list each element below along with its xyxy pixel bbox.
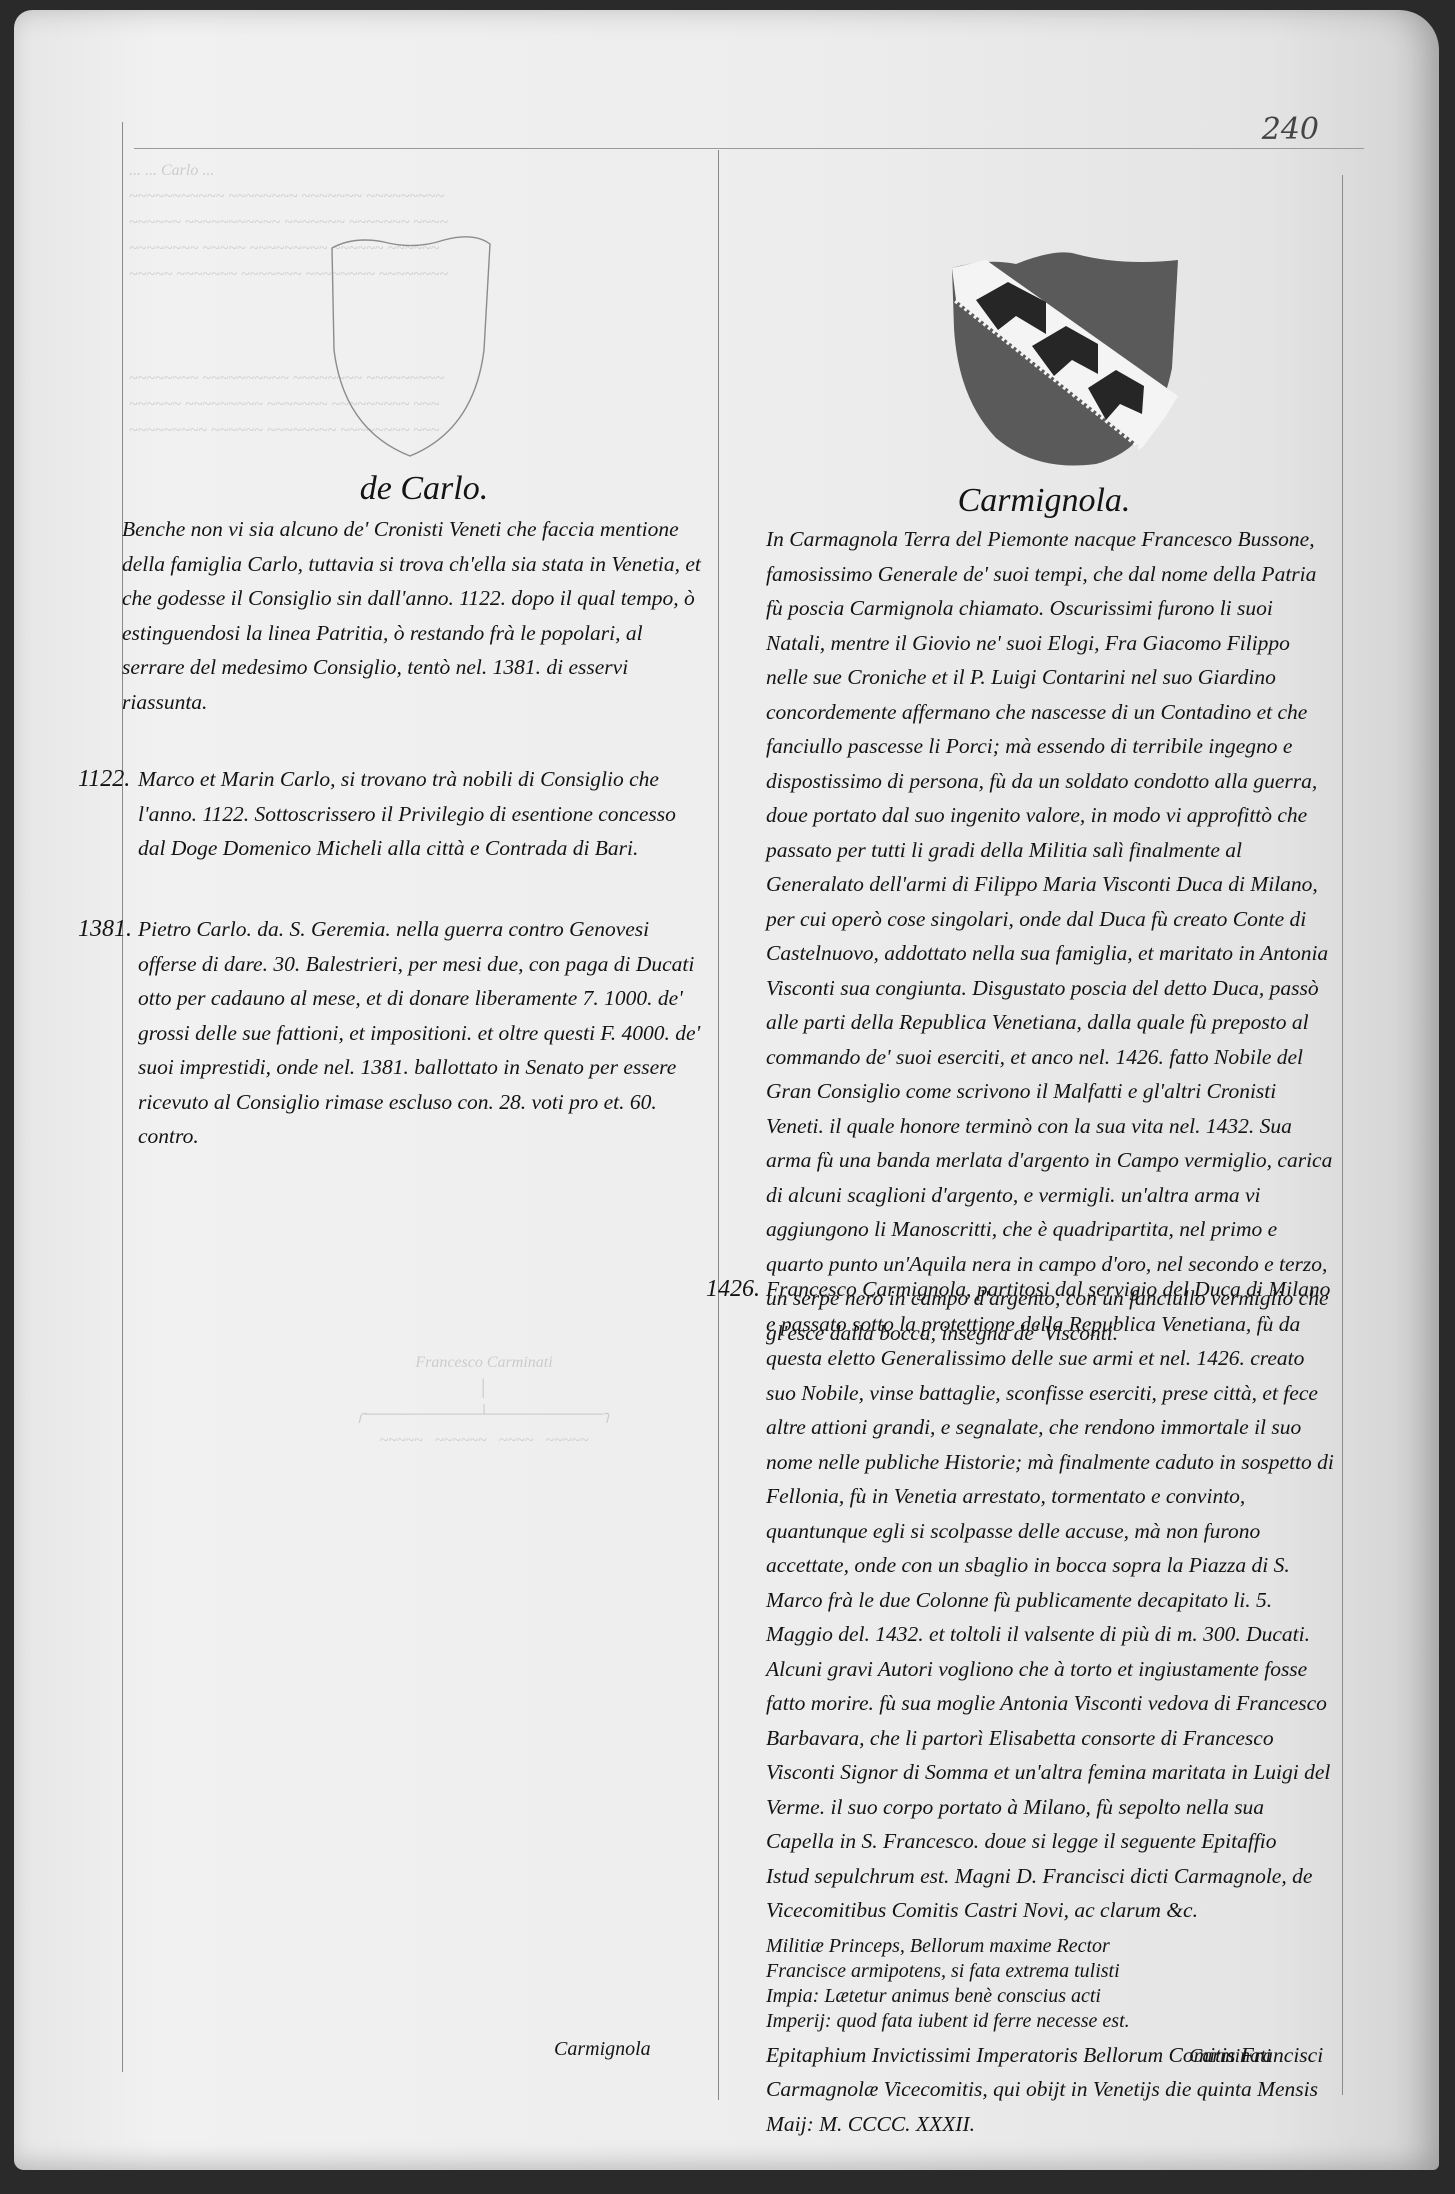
empty-shield-outline-icon bbox=[314, 220, 504, 470]
left-column-intro: Benche non vi sia alcuno de' Cronisti Ve… bbox=[122, 512, 702, 719]
entry-text: Pietro Carlo. da. S. Geremia. nella guer… bbox=[138, 912, 703, 1154]
left-catchword: Carmignola bbox=[554, 2038, 651, 2061]
top-rule bbox=[134, 148, 1364, 149]
verse-line: Francisce armipotens, si fata extrema tu… bbox=[766, 1959, 1336, 1984]
left-entry-1381: 1381. Pietro Carlo. da. S. Geremia. nell… bbox=[78, 912, 703, 1154]
entry-year: 1122. bbox=[78, 762, 130, 797]
entry-year: 1426. bbox=[706, 1272, 760, 1307]
epitaph-verse: Militiæ Princeps, Bellorum maxime Rector… bbox=[766, 1934, 1336, 2034]
left-column-title: de Carlo. bbox=[244, 470, 604, 508]
entry-text: Francesco Carmignola, partitosi dal serv… bbox=[766, 1272, 1336, 1859]
right-catchword: Carminati bbox=[1189, 2045, 1271, 2068]
epitaph-prose: Istud sepulchrum est. Magni D. Francisci… bbox=[766, 1859, 1336, 1928]
entry-text: Marco et Marin Carlo, si trovano trà nob… bbox=[138, 762, 703, 866]
bleed-through-family-tree: Francesco Carminati │ ╭──────────┴──────… bbox=[264, 1350, 704, 1454]
right-margin-rule bbox=[1342, 175, 1343, 2095]
manuscript-page: 240 ... ... Carlo ... ~~~~~~~~~~~ ~~~~~~… bbox=[14, 10, 1439, 2170]
right-entry-1426: 1426. Francesco Carmignola, partitosi da… bbox=[706, 1272, 1336, 2141]
folio-number: 240 bbox=[1262, 112, 1319, 147]
verse-line: Militiæ Princeps, Bellorum maxime Rector bbox=[766, 1934, 1336, 1959]
right-column-intro: In Carmagnola Terra del Piemonte nacque … bbox=[766, 522, 1336, 1350]
left-entry-1122: 1122. Marco et Marin Carlo, si trovano t… bbox=[78, 762, 703, 866]
verse-line: Imperij: quod fata iubent id ferre neces… bbox=[766, 2009, 1336, 2034]
entry-year: 1381. bbox=[78, 912, 132, 947]
carmagnola-coat-of-arms-icon bbox=[946, 238, 1186, 478]
right-column-title: Carmignola. bbox=[874, 482, 1214, 520]
verse-line: Impia: Lætetur animus benè conscius acti bbox=[766, 1984, 1336, 2009]
